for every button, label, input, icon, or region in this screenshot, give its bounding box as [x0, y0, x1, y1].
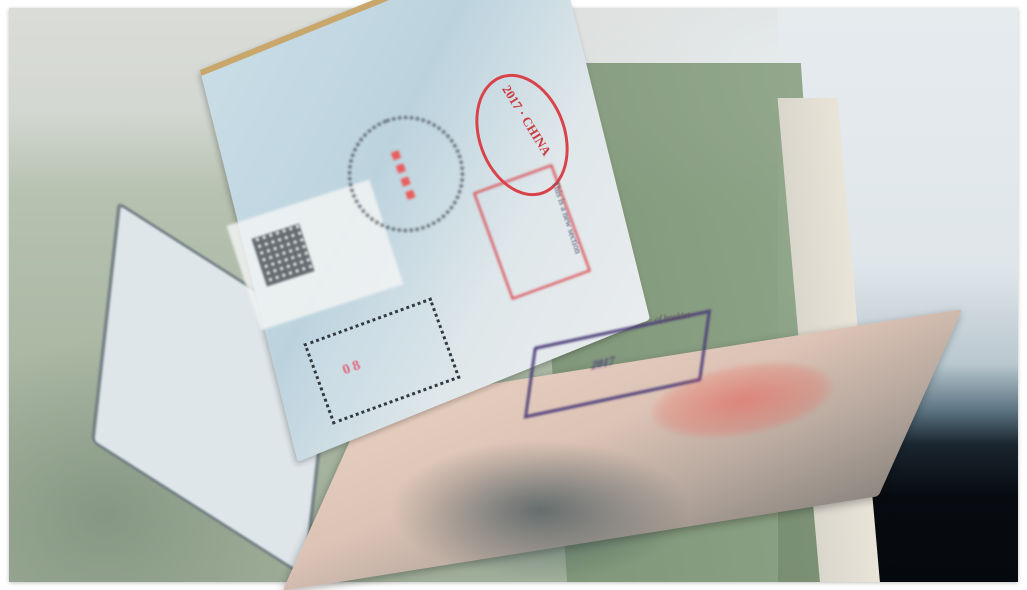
- rect-stamp-text: 08: [340, 356, 366, 379]
- red-date-mark: [391, 150, 417, 204]
- purple-stamp-text: 2017: [590, 353, 616, 374]
- china-stamp-text: 2017 · CHINA: [498, 82, 554, 158]
- passport-watermark: [390, 440, 690, 580]
